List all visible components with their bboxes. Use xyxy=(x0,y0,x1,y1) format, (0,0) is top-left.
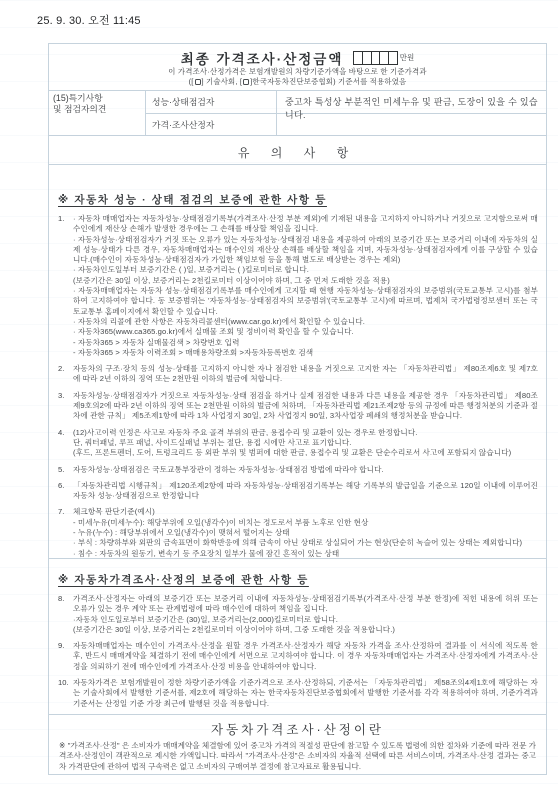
unit-label: 만원 xyxy=(400,52,415,63)
final-price-section: 최종 가격조사·산정금액 만원 이 가격조사·산정가격은 보험개발원의 차량기준… xyxy=(48,43,547,90)
notice-item: 4.(12)사고이력 인정은 사고로 자동차 주요 골격 부위의 판금, 용접수… xyxy=(58,428,538,459)
notice-item: 2.자동차의 구조·장치 등의 성능·상태를 고지하지 아니한 자나 점검한 내… xyxy=(58,364,538,385)
price-appraisal-warranty-section: ※ 자동차가격조사·산정의 보증에 관한 사항 등 8.가격조사·산정자는 아래… xyxy=(48,559,547,715)
amount-digit-cell xyxy=(388,51,398,65)
definition-body: ※ "가격조사·산정" 은 소비자가 매매계약을 체결함에 있어 중고차 가격의… xyxy=(59,741,536,772)
notice-item: 10.자동차가격은 보험개발원이 정한 차량기준가액을 기준가격으로 조사·산정… xyxy=(58,678,538,709)
appraiser-label: 가격·조사산정자 xyxy=(146,114,277,135)
appraiser-opinion-value xyxy=(277,114,546,135)
print-timestamp: 25. 9. 30. 오전 11:45 xyxy=(37,12,141,28)
tech-society-checkbox-icon xyxy=(195,79,201,85)
note2-open-text: ([ xyxy=(189,77,194,86)
note2-mid-text: ] 기술사회, [ xyxy=(202,77,243,86)
special-notes-label: (15)특기사항 및 점검자의견 xyxy=(49,91,146,135)
item-text: · 자동차 매매업자는 자동차성능·상태점검기록부(가격조사·산정 부분 제외)… xyxy=(73,214,538,358)
final-price-line: 최종 가격조사·산정금액 만원 xyxy=(49,48,546,67)
item-number: 6. xyxy=(58,481,73,502)
diagnosis-assoc-checkbox-icon xyxy=(243,79,249,85)
inspector-opinion-value: 중고차 특성상 부분적인 미세누유 및 판금, 도장이 있을 수 있습니다. xyxy=(277,91,546,114)
item-text: 「자동차관리법 시행규칙」 제120조제2항에 따라 자동차성능·상태점검기록부… xyxy=(73,481,538,502)
notice-item: 7.체크항목 판단기준(예시) - 미세누유(미세누수): 해당부위에 오일(냉… xyxy=(58,507,538,559)
document-page: 25. 9. 30. 오전 11:45 최종 가격조사·산정금액 만원 이 가격… xyxy=(0,0,558,788)
definition-title: 자동차가격조사·산정이란 xyxy=(59,720,536,738)
price-digit-boxes xyxy=(353,51,397,65)
item-number: 9. xyxy=(58,641,73,672)
item-number: 8. xyxy=(58,594,73,635)
item-number: 1. xyxy=(58,214,73,358)
item-number: 5. xyxy=(58,465,73,475)
definition-section: 자동차가격조사·산정이란 ※ "가격조사·산정" 은 소비자가 매매계약을 체결… xyxy=(48,715,547,775)
item-text: 자동차성능·상태점검자가 거짓으로 자동차성능·상태 점검을 하거나 실제 점검… xyxy=(73,391,538,422)
item-text: 자동차매매업자는 매수인이 가격조사·산정을 원할 경우 가격조사·산정자가 해… xyxy=(73,641,538,672)
special-notes-table: (15)특기사항 및 점검자의견 성능·상태점검자 중고차 특성상 부분적인 미… xyxy=(48,90,547,135)
item-text: (12)사고이력 인정은 사고로 자동차 주요 골격 부위의 판금, 용접수리 … xyxy=(73,428,538,459)
form-sheet: 최종 가격조사·산정금액 만원 이 가격조사·산정가격은 보험개발원의 차량기준… xyxy=(48,43,547,775)
notice-item: 3.자동차성능·상태점검자가 거짓으로 자동차성능·상태 점검을 하거나 실제 … xyxy=(58,391,538,422)
performance-warranty-section: ※ 자동차 성능 · 상태 점검의 보증에 관한 사항 등 1.· 자동차 매매… xyxy=(48,165,547,559)
note2-end-text: ]한국자동차진단보증협회) 기준서를 적용하였음 xyxy=(250,77,406,86)
notice-item: 9.자동차매매업자는 매수인이 가격조사·산정을 원할 경우 가격조사·산정자가… xyxy=(58,641,538,672)
section1-heading: ※ 자동차 성능 · 상태 점검의 보증에 관한 사항 등 xyxy=(58,192,538,207)
notice-item: 8.가격조사·산정자는 아래의 보증기간 또는 보증거리 이내에 자동차성능·상… xyxy=(58,594,538,635)
notice-item: 6.「자동차관리법 시행규칙」 제120조제2항에 따라 자동차성능·상태점검기… xyxy=(58,481,538,502)
item-number: 4. xyxy=(58,428,73,459)
section2-heading: ※ 자동차가격조사·산정의 보증에 관한 사항 등 xyxy=(58,572,538,587)
item-number: 2. xyxy=(58,364,73,385)
notice-item: 1.· 자동차 매매업자는 자동차성능·상태점검기록부(가격조사·산정 부분 제… xyxy=(58,214,538,358)
inspector-label: 성능·상태점검자 xyxy=(146,91,277,114)
item-text: 자동차성능·상태점검은 국토교통부장관이 정하는 자동차성능·상태점검 방법에 … xyxy=(73,465,538,475)
item-text: 자동차의 구조·장치 등의 성능·상태를 고지하지 아니한 자나 점검한 내용을… xyxy=(73,364,538,385)
item-text: 자동차가격은 보험개발원이 정한 차량기준가액을 기준가격으로 조사·산정하되,… xyxy=(73,678,538,709)
notice-item: 5.자동차성능·상태점검은 국토교통부장관이 정하는 자동차성능·상태점검 방법… xyxy=(58,465,538,475)
basis-note-line1: 이 가격조사·산정가격은 보험개발원의 차량기준가액을 바탕으로 한 기준가격과 xyxy=(49,67,546,77)
final-price-label: 최종 가격조사·산정금액 xyxy=(181,48,344,68)
item-text: 체크항목 판단기준(예시) - 미세누유(미세누수): 해당부위에 오일(냉각수… xyxy=(73,507,538,559)
item-text: 가격조사·산정자는 아래의 보증기간 또는 보증거리 이내에 자동차성능·상태점… xyxy=(73,594,538,635)
item-number: 3. xyxy=(58,391,73,422)
item-number: 7. xyxy=(58,507,73,559)
notice-title: 유 의 사 항 xyxy=(48,135,547,165)
item-number: 10. xyxy=(58,678,73,709)
basis-note-line2: ([] 기술사회, []한국자동차진단보증협회) 기준서를 적용하였음 xyxy=(49,77,546,87)
